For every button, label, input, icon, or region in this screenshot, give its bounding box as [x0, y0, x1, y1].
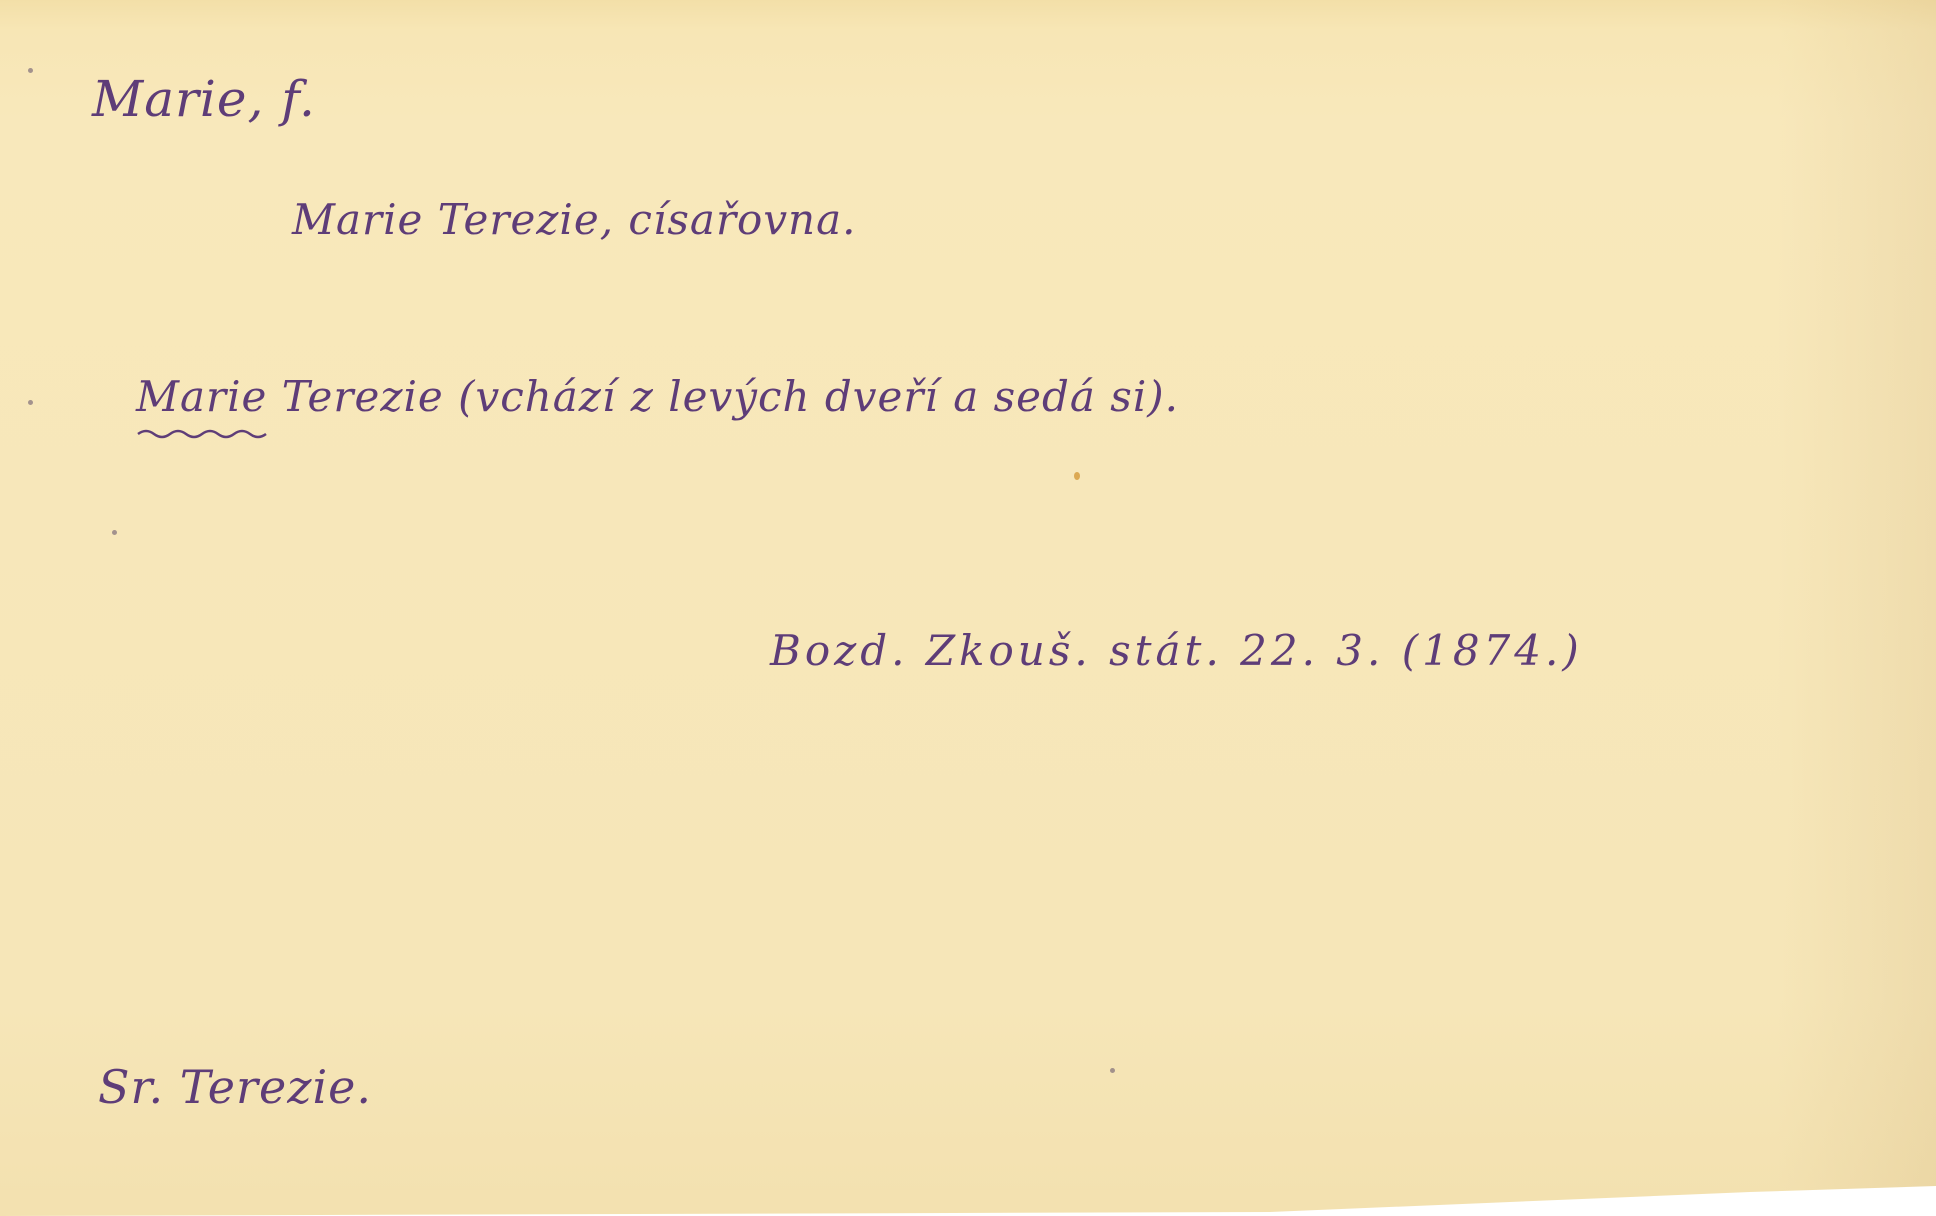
- entry-line-2-text: Terezie (vchází z levých dveří a sedá si…: [267, 372, 1179, 421]
- source-citation: Bozd. Zkouš. stát. 22. 3. (1874.): [770, 626, 1583, 675]
- entry-line-2: Marie Terezie (vchází z levých dveří a s…: [136, 372, 1179, 421]
- ink-speck: [1110, 1068, 1115, 1073]
- ink-speck: [28, 68, 33, 73]
- wavy-underline-icon: [136, 426, 276, 440]
- ink-speck: [112, 530, 117, 535]
- card-headword: Marie, f.: [92, 70, 316, 128]
- cross-reference: Sr. Terezie.: [98, 1060, 372, 1114]
- underlined-word-text: Marie: [136, 372, 267, 421]
- underlined-word: Marie: [136, 372, 267, 421]
- index-card: Marie, f. Marie Terezie, císařovna. Mari…: [0, 0, 1936, 1216]
- ink-speck: [28, 400, 33, 405]
- paper-stain: [1074, 472, 1080, 480]
- entry-line-1: Marie Terezie, císařovna.: [292, 195, 857, 244]
